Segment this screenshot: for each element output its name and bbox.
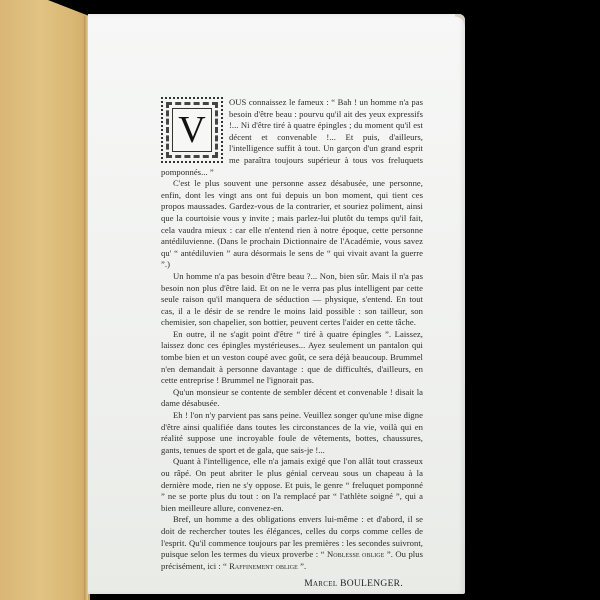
paragraph-5: Qu'un monsieur se contente de sembler dé… <box>161 387 423 410</box>
dropcap-border-ornament-icon: V <box>166 102 218 158</box>
proverb-raffinement-oblige: Raffinement oblige <box>229 561 298 571</box>
proverb-noblesse-oblige: Noblesse oblige <box>327 549 384 559</box>
paragraph-4: En outre, il ne s'agit point d'être “ ti… <box>161 329 423 387</box>
paragraph-6: Eh ! l'on n'y parvient pas sans peine. V… <box>161 410 423 456</box>
author-signature: Marcel BOULENGER. <box>161 579 423 591</box>
dropcap-letter: V <box>178 111 206 149</box>
paragraph-8: Bref, un homme a des obligations envers … <box>161 514 423 572</box>
paragraph-2: C'est le plus souvent une personne assez… <box>161 178 423 271</box>
ornamental-dropcap: V <box>161 97 223 163</box>
booklet-page: V OUS connaissez le fameux : “ Bah ! un … <box>88 14 465 594</box>
booklet-cover <box>0 0 90 600</box>
article-text: V OUS connaissez le fameux : “ Bah ! un … <box>161 97 423 591</box>
paragraph-7: Quant à l'intelligence, elle n'a jamais … <box>161 456 423 514</box>
paragraph-3: Un homme n'a pas besoin d'être beau ?...… <box>161 271 423 329</box>
